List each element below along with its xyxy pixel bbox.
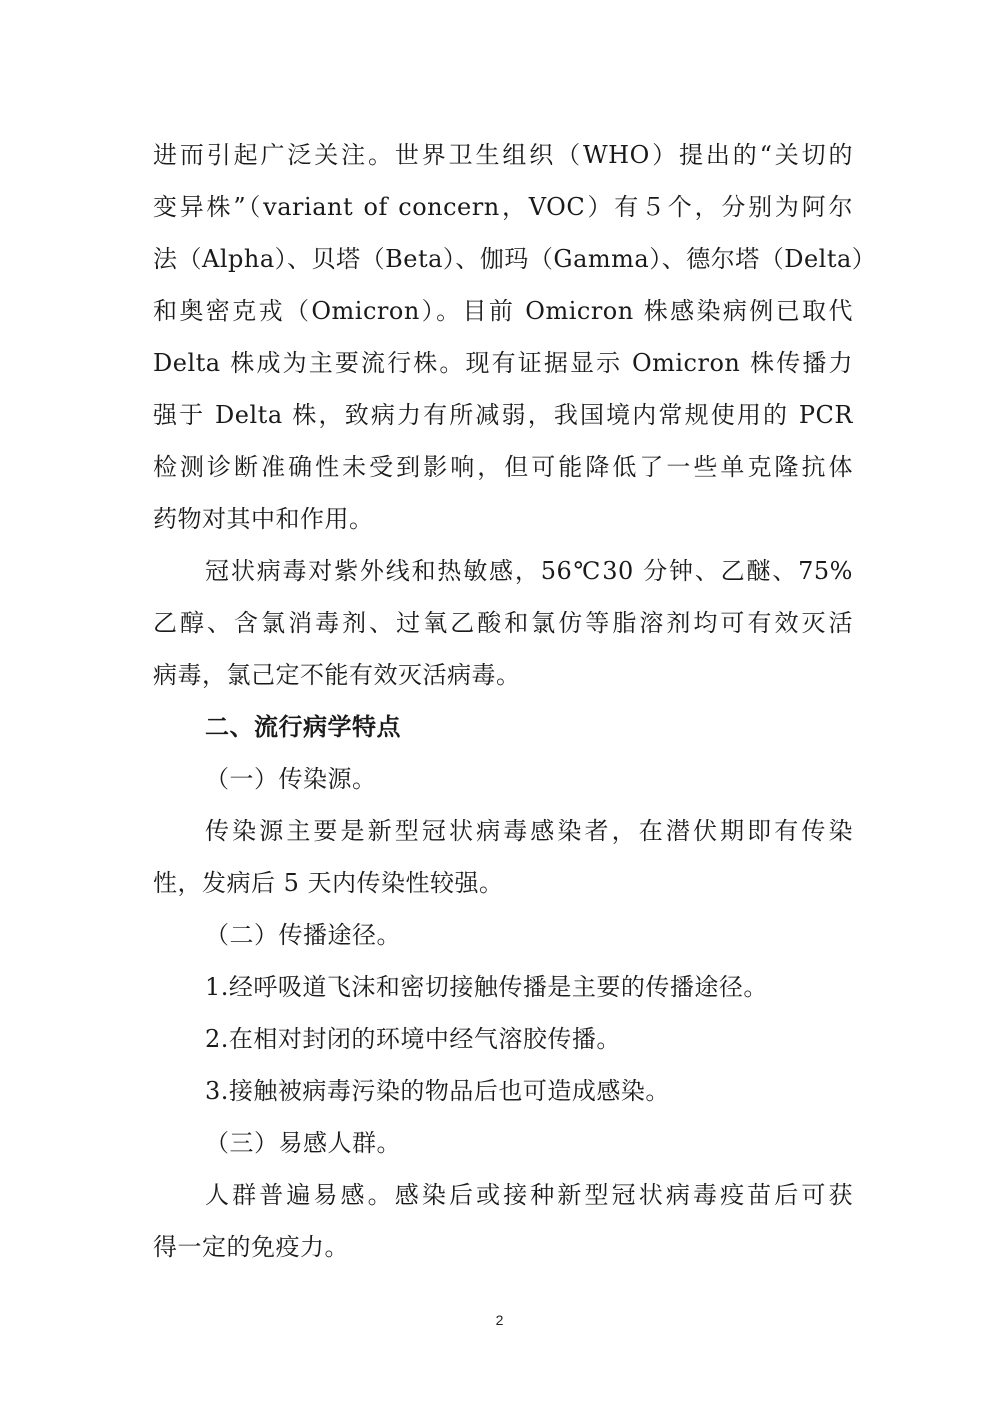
list-item: 1.经呼吸道飞沫和密切接触传播是主要的传播途径。: [205, 961, 853, 1013]
paragraph-line: 传染源主要是新型冠状病毒感染者，在潜伏期即有传染: [205, 805, 853, 857]
paragraph-line: Delta 株成为主要流行株。现有证据显示 Omicron 株传播力: [153, 337, 853, 389]
paragraph-line: 法（Alpha）、贝塔（Beta）、伽玛（Gamma）、德尔塔（Delta）: [153, 233, 853, 285]
paragraph-line: 冠状病毒对紫外线和热敏感，56℃30 分钟、乙醚、75%: [205, 545, 853, 597]
paragraph-line: 得一定的免疫力。: [153, 1221, 853, 1273]
paragraph-line: 性，发病后 5 天内传染性较强。: [153, 857, 853, 909]
document-page: 进而引起广泛关注。世界卫生组织（WHO）提出的“关切的 变异株”（variant…: [0, 0, 999, 1413]
subsection-heading: （一）传染源。: [205, 753, 853, 805]
paragraph-line: 变异株”（variant of concern，VOC）有５个，分别为阿尔: [153, 181, 853, 233]
subsection-heading: （三）易感人群。: [205, 1117, 853, 1169]
paragraph-line: 病毒，氯己定不能有效灭活病毒。: [153, 649, 853, 701]
subsection-heading: （二）传播途径。: [205, 909, 853, 961]
paragraph-line: 进而引起广泛关注。世界卫生组织（WHO）提出的“关切的: [153, 129, 853, 181]
section-heading: 二、流行病学特点: [205, 701, 853, 753]
list-item: 2.在相对封闭的环境中经气溶胶传播。: [205, 1013, 853, 1065]
paragraph-line: 强于 Delta 株，致病力有所减弱，我国境内常规使用的 PCR: [153, 389, 853, 441]
paragraph-line: 和奥密克戎（Omicron）。目前 Omicron 株感染病例已取代: [153, 285, 853, 337]
paragraph-line: 乙醇、含氯消毒剂、过氧乙酸和氯仿等脂溶剂均可有效灭活: [153, 597, 853, 649]
list-item: 3.接触被病毒污染的物品后也可造成感染。: [205, 1065, 853, 1117]
paragraph-line: 药物对其中和作用。: [153, 493, 853, 545]
paragraph-line: 检测诊断准确性未受到影响，但可能降低了一些单克隆抗体: [153, 441, 853, 493]
page-number: 2: [0, 1312, 999, 1328]
paragraph-line: 人群普遍易感。感染后或接种新型冠状病毒疫苗后可获: [205, 1169, 853, 1221]
